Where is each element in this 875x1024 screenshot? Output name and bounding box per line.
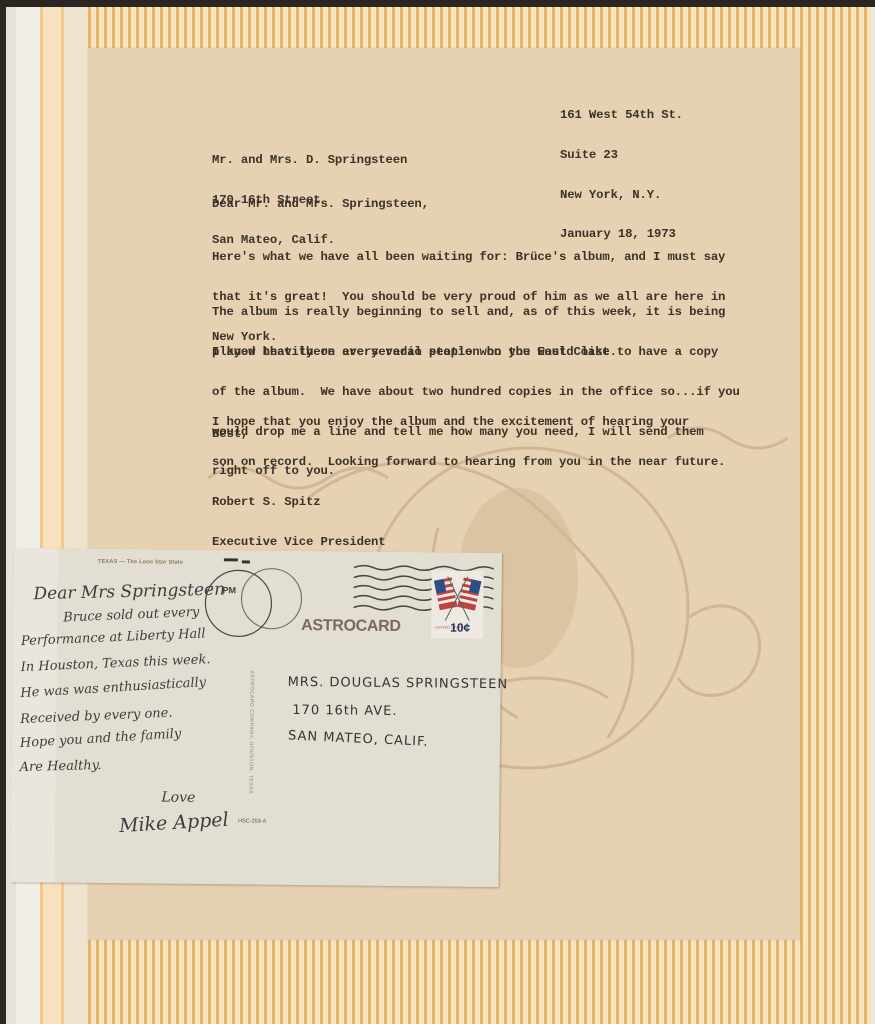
paragraph-line: The album is really beginning to sell an… (212, 306, 725, 319)
postcard-signature: Mike Appel (118, 809, 229, 837)
sender-city: New York, N.Y. (560, 189, 683, 202)
postcard-address-name: MRS. DOUGLAS SPRINGSTEEN (288, 675, 509, 692)
sender-suite: Suite 23 (560, 149, 683, 162)
postcard-number: HSC-259-A (238, 818, 266, 824)
signer-name: Robert S. Spitz (212, 496, 386, 509)
paragraph-line: I know that there are several people who… (212, 346, 740, 359)
sender-street: 161 West 54th St. (560, 109, 683, 122)
scrapbook-page: 161 West 54th St. Suite 23 New York, N.Y… (0, 0, 875, 1024)
postmark-icon (203, 558, 314, 649)
recipient-name: Mr. and Mrs. D. Springsteen (212, 154, 407, 167)
crossed-flags-icon (433, 572, 482, 622)
postcard-message-line: Are Healthy. (20, 758, 102, 775)
closing: Best, (212, 428, 248, 441)
postcard-header: TEXAS — The Lone Star State (98, 559, 183, 566)
postcard: TEXAS — The Lone Star State PM ASTROCARD (11, 548, 502, 887)
postcard-address-street: 170 16th AVE. (292, 703, 397, 719)
postcard-address-city: SAN MATEO, CALIF. (288, 728, 429, 749)
salutation: Dear Mr. and Mrs. Springsteen, (212, 198, 429, 211)
postcard-message-line: Bruce sold out every (63, 605, 200, 626)
paragraph-line: son on record. Looking forward to hearin… (212, 456, 725, 469)
astrocard-brand: ASTROCARD (301, 617, 401, 636)
postcard-closing: Love (161, 790, 195, 806)
paragraph-line: Here's what we have all been waiting for… (212, 251, 725, 264)
paragraph-line: I hope that you enjoy the album and the … (212, 416, 725, 429)
page-right-edge (871, 7, 875, 1024)
page-top-edge (0, 0, 875, 7)
postage-stamp: UNITED STATES 10¢ (431, 570, 484, 639)
postcard-greeting: Dear Mrs Springsteen (33, 580, 225, 605)
stamp-value: 10¢ (450, 621, 470, 635)
postcard-publisher: ASTROCARD COMPANY, HOUSTON, TEXAS (247, 670, 254, 794)
